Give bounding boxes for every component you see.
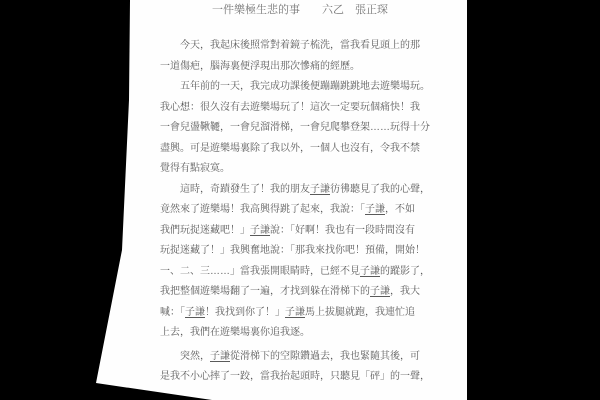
paragraph: 突然，子謙從滑梯下的空隙鑽過去，我也緊隨其後，可是我不小心摔了一跤，當我抬起頭時… <box>160 347 450 388</box>
text-line: 今天，我起床後照常對着鏡子梳洗，當我看見頭上的那 <box>160 36 450 57</box>
text-line: 突然，子謙從滑梯下的空隙鑽過去，我也緊隨其後，可 <box>160 347 450 368</box>
text-segment: 說：「好啊！我也有一段時間沒有 <box>270 225 415 236</box>
text-line: 喊：「子謙！我找到你了！」子謙馬上拔腿就跑，我連忙追 <box>160 303 450 324</box>
text-segment: 這時，奇蹟發生了！我的朋友 <box>160 184 310 195</box>
text-segment: ，不如 <box>385 204 415 215</box>
text-line: 這時，奇蹟發生了！我的朋友子謙彷彿聽見了我的心聲， <box>160 180 450 201</box>
text-segment: 的蹤影了， <box>380 266 430 277</box>
class-name: 六乙 <box>322 4 344 16</box>
proper-noun-underlined: 子謙 <box>185 307 205 318</box>
text-segment: 我把整個遊樂場翻了一遍，才找到躲在滑梯下的 <box>160 286 370 297</box>
proper-noun-underlined: 子謙 <box>360 266 380 277</box>
text-line: 覺得有點寂寞。 <box>160 159 450 180</box>
text-line: 我心想：很久沒有去遊樂場玩了！這次一定要玩個痛快！我 <box>160 98 450 119</box>
text-line: 盡興。可是遊樂場裏除了我以外，一個人也沒有，令我不禁 <box>160 139 450 160</box>
photo-stage: 一件樂極生悲的事六乙張正琛 今天，我起床後照常對着鏡子梳洗，當我看見頭上的那一道… <box>0 0 600 400</box>
proper-noun-underlined: 子謙 <box>210 351 230 362</box>
text-segment: 從滑梯下的空隙鑽過去，我也緊隨其後，可 <box>230 351 420 362</box>
text-segment: 是我不小心摔了一跤，當我抬起頭時，只聽見「砰」的一聲， <box>160 371 430 382</box>
paragraph: 今天，我起床後照常對着鏡子梳洗，當我看見頭上的那一道傷疤，腦海裏便浮現出那次慘痛… <box>160 36 450 77</box>
text-line: 一會兒盪鞦韆，一會兒溜滑梯，一會兒爬攀登架……玩得十分 <box>160 118 450 139</box>
text-segment: 覺得有點寂寞。 <box>160 163 230 174</box>
text-segment: ，我大 <box>390 286 420 297</box>
text-segment: 一道傷疤，腦海裏便浮現出那次慘痛的經歷。 <box>160 61 360 72</box>
proper-noun-underlined: 子謙 <box>365 204 385 215</box>
text-segment: 盡興。可是遊樂場裏除了我以外，一個人也沒有，令我不禁 <box>160 143 420 154</box>
text-line: 上去，我們在遊樂場裏你追我逐。 <box>160 323 450 344</box>
text-segment: 一會兒盪鞦韆，一會兒溜滑梯，一會兒爬攀登架……玩得十分 <box>160 122 430 133</box>
text-line: 是我不小心摔了一跤，當我抬起頭時，只聽見「砰」的一聲， <box>160 367 450 388</box>
text-segment: 玩捉迷藏了！」我興奮地說：「那我來找你吧！預備，開始！ <box>160 245 425 256</box>
proper-noun-underlined: 子謙 <box>310 184 330 195</box>
text-segment: 我心想：很久沒有去遊樂場玩了！這次一定要玩個痛快！我 <box>160 102 420 113</box>
proper-noun-underlined: 子謙 <box>285 307 305 318</box>
text-line: 玩捉迷藏了！」我興奮地說：「那我來找你吧！預備，開始！ <box>160 241 450 262</box>
proper-noun-underlined: 子謙 <box>370 286 390 297</box>
text-line: 我們玩捉迷藏吧！」子謙說：「好啊！我也有一段時間沒有 <box>160 221 450 242</box>
paragraph: 這時，奇蹟發生了！我的朋友子謙彷彿聽見了我的心聲，竟然來了遊樂場！我高興得跳了起… <box>160 180 450 344</box>
text-line: 一、二、三……」當我張開眼睛時，已經不見子謙的蹤影了， <box>160 262 450 283</box>
text-line: 竟然來了遊樂場！我高興得跳了起來，我說：「子謙，不如 <box>160 200 450 221</box>
text-segment: 喊：「 <box>160 307 185 318</box>
essay-body: 今天，我起床後照常對着鏡子梳洗，當我看見頭上的那一道傷疤，腦海裏便浮現出那次慘痛… <box>160 36 450 388</box>
text-segment: 一、二、三……」當我張開眼睛時，已經不見 <box>160 266 360 277</box>
text-line: 我把整個遊樂場翻了一遍，才找到躲在滑梯下的子謙，我大 <box>160 282 450 303</box>
text-segment: 上去，我們在遊樂場裏你追我逐。 <box>160 327 310 338</box>
text-segment: 突然， <box>160 351 210 362</box>
essay-title: 一件樂極生悲的事 <box>212 4 300 16</box>
text-segment: 我們玩捉迷藏吧！」 <box>160 225 250 236</box>
proper-noun-underlined: 子謙 <box>250 225 270 236</box>
text-segment: 今天，我起床後照常對着鏡子梳洗，當我看見頭上的那 <box>160 40 420 51</box>
text-line: 一道傷疤，腦海裏便浮現出那次慘痛的經歷。 <box>160 57 450 78</box>
text-line: 五年前的一天，我完成功課後便蹦蹦跳跳地去遊樂場玩。 <box>160 77 450 98</box>
author-name: 張正琛 <box>355 4 388 16</box>
text-segment: 馬上拔腿就跑，我連忙追 <box>305 307 415 318</box>
essay-header: 一件樂極生悲的事六乙張正琛 <box>150 2 450 18</box>
paragraph: 五年前的一天，我完成功課後便蹦蹦跳跳地去遊樂場玩。我心想：很久沒有去遊樂場玩了！… <box>160 77 450 180</box>
text-segment: 五年前的一天，我完成功課後便蹦蹦跳跳地去遊樂場玩。 <box>160 81 430 92</box>
text-segment: ！我找到你了！」 <box>205 307 285 318</box>
text-segment: 彷彿聽見了我的心聲， <box>330 184 430 195</box>
text-segment: 竟然來了遊樂場！我高興得跳了起來，我說：「 <box>160 204 365 215</box>
